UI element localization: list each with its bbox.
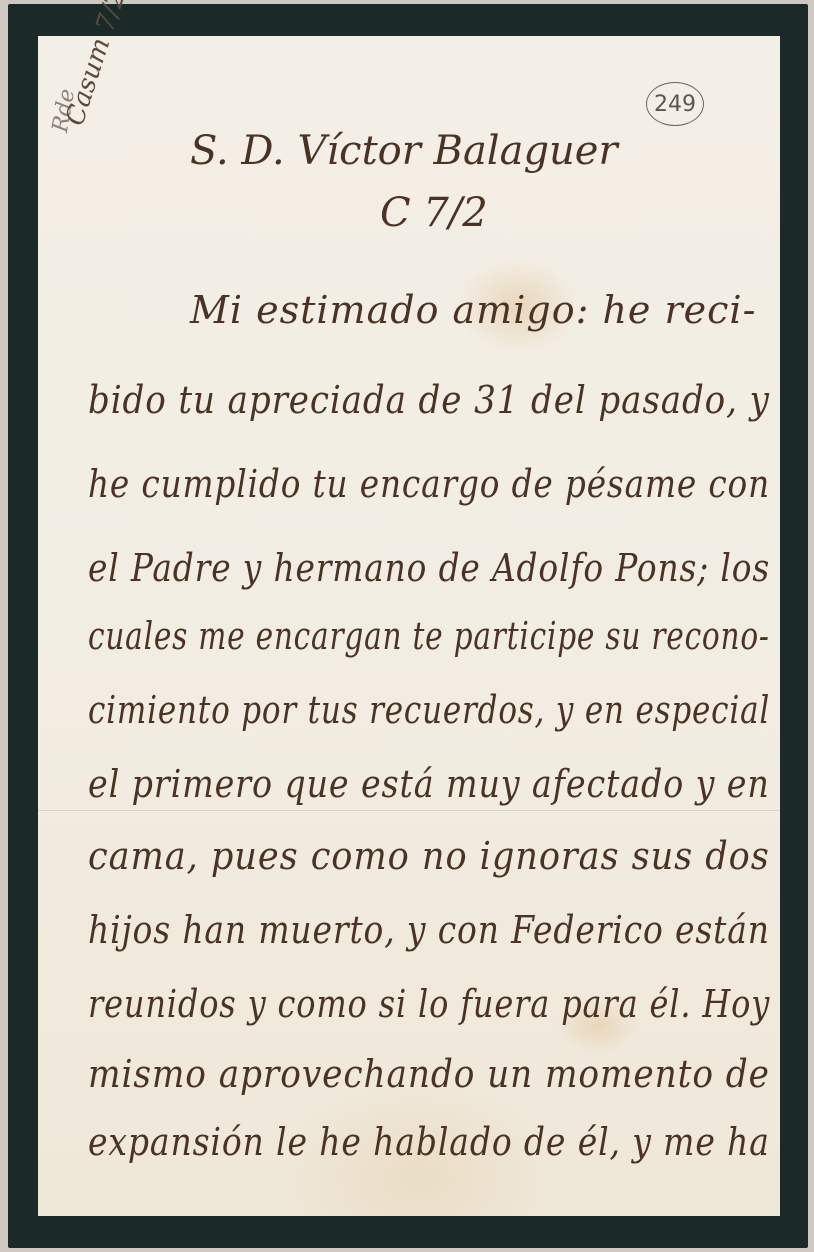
body-line-9: hijos han muerto, y con Federico están: [88, 908, 770, 952]
body-line-3: he cumplido tu encargo de pésame con: [88, 462, 770, 506]
body-line-8: cama, pues como no ignoras sus dos: [88, 834, 770, 878]
paper-fold-line: [38, 810, 780, 811]
address-line-1: S. D. Víctor Balaguer: [190, 128, 618, 174]
body-line-7: el primero que está muy afectado y en: [88, 762, 770, 806]
address-line-2: C 7/2: [380, 190, 488, 236]
body-line-2: bido tu apreciada de 31 del pasado, y: [88, 378, 770, 422]
body-line-1: Mi estimado amigo: he reci-: [190, 288, 756, 332]
body-line-10: reunidos y como si lo fuera para él. Hoy: [88, 982, 770, 1026]
body-line-12: expansión le he hablado de él, y me ha: [88, 1120, 770, 1164]
folio-number: 249: [646, 82, 704, 126]
body-line-5: cuales me encargan te participe su recon…: [88, 614, 770, 658]
folio-number-text: 249: [654, 92, 696, 117]
body-line-11: mismo aprovechando un momento de: [88, 1052, 770, 1096]
body-line-6: cimiento por tus recuerdos, y en especia…: [88, 688, 770, 732]
body-line-4: el Padre y hermano de Adolfo Pons; los: [88, 546, 770, 590]
